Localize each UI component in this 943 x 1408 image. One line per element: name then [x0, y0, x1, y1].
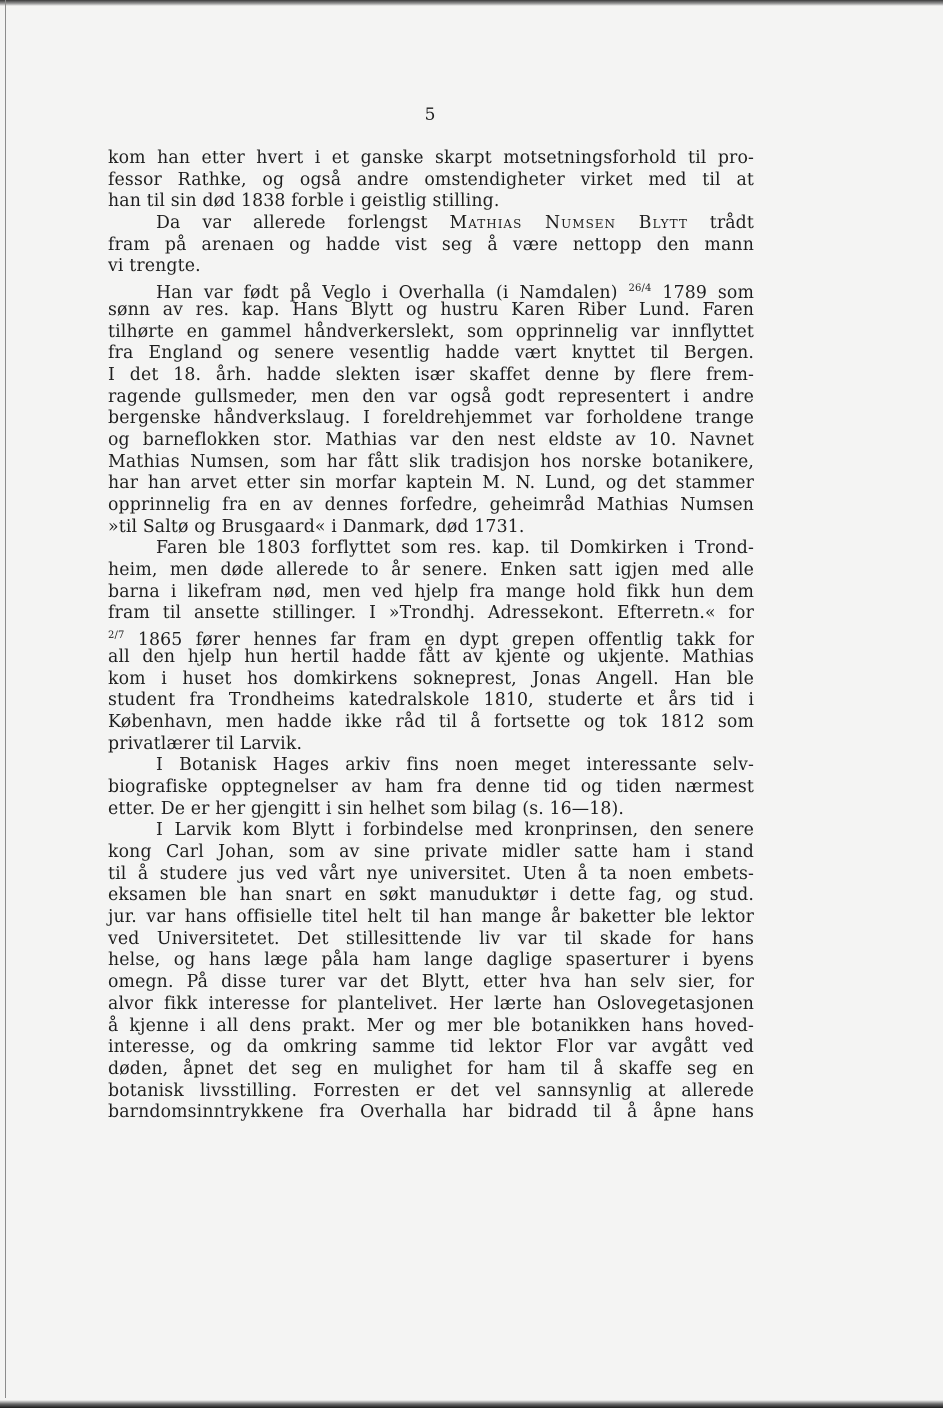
- text-line: heim, men døde allerede to år senere. En…: [108, 560, 754, 582]
- text-line: student fra Trondheims katedralskole 181…: [108, 690, 754, 712]
- text-line: Mathias Numsen, som har fått slik tradis…: [108, 452, 754, 474]
- paragraph: Da var allerede forlengst Mathias Numsen…: [108, 213, 754, 278]
- text-line: fessor Rathke, og også andre omstendighe…: [108, 170, 754, 192]
- text-line: kom han etter hvert i et ganske skarpt m…: [108, 148, 754, 170]
- text-line: til å studere jus ved vårt nye universit…: [108, 864, 754, 886]
- text-line: sønn av res. kap. Hans Blytt og hustru K…: [108, 300, 754, 322]
- text-line: fram til ansette stillinger. I »Trondhj.…: [108, 603, 754, 625]
- text-line: privatlærer til Larvik.: [108, 734, 754, 756]
- text-line: å kjenne i all dens prakt. Mer og mer bl…: [108, 1016, 754, 1038]
- paragraph: I Botanisk Hages arkiv fins noen meget i…: [108, 755, 754, 820]
- body-text: kom han etter hvert i et ganske skarpt m…: [108, 148, 754, 1124]
- text-line: Faren ble 1803 forflyttet som res. kap. …: [108, 538, 754, 560]
- text-line: tilhørte en gammel håndverkerslekt, som …: [108, 322, 754, 344]
- paragraph: Faren ble 1803 forflyttet som res. kap. …: [108, 538, 754, 755]
- page-edge-bottom: [0, 1400, 943, 1408]
- text-line: ragende gullsmeder, men den var også god…: [108, 387, 754, 409]
- text-line: ved Universitetet. Det stillesittende li…: [108, 929, 754, 951]
- text-line: har han arvet etter sin morfar kaptein M…: [108, 473, 754, 495]
- text-line: Han var født på Veglo i Overhalla (i Nam…: [108, 278, 754, 300]
- text-line: 2/7 1865 fører hennes far fram en dypt g…: [108, 625, 754, 647]
- text-line: jur. var hans offisielle titel helt til …: [108, 907, 754, 929]
- text-line: han til sin død 1838 forble i geistlig s…: [108, 191, 754, 213]
- text-line: eksamen ble han snart en søkt manuduktør…: [108, 885, 754, 907]
- text-line: bergenske håndverkslaug. I foreldrehjemm…: [108, 408, 754, 430]
- text-line: barna i likefram nød, men ved hjelp fra …: [108, 582, 754, 604]
- text-line: I Botanisk Hages arkiv fins noen meget i…: [108, 755, 754, 777]
- text-line: all den hjelp hun hertil hadde fått av k…: [108, 647, 754, 669]
- text-line: døden, åpnet det seg en mulighet for ham…: [108, 1059, 754, 1081]
- page-edge-top: [0, 0, 943, 6]
- text-line: opprinnelig fra en av dennes forfedre, g…: [108, 495, 754, 517]
- text-line: omegn. På disse turer var det Blytt, ett…: [108, 972, 754, 994]
- page-number: 5: [0, 105, 860, 125]
- text-line: Da var allerede forlengst Mathias Numsen…: [108, 213, 754, 235]
- text-line: alvor fikk interesse for plantelivet. He…: [108, 994, 754, 1016]
- text-line: kong Carl Johan, som av sine private mid…: [108, 842, 754, 864]
- text-line: vi trengte.: [108, 256, 754, 278]
- text-line: barndomsinntrykkene fra Overhalla har bi…: [108, 1102, 754, 1124]
- text-line: og barneflokken stor. Mathias var den ne…: [108, 430, 754, 452]
- text-line: fra England og senere vesentlig hadde væ…: [108, 343, 754, 365]
- paragraph: Han var født på Veglo i Overhalla (i Nam…: [108, 278, 754, 538]
- paragraph: kom han etter hvert i et ganske skarpt m…: [108, 148, 754, 213]
- text-line: fram på arenaen og hadde vist seg å være…: [108, 235, 754, 257]
- text-line: I Larvik kom Blytt i forbindelse med kro…: [108, 820, 754, 842]
- text-line: »til Saltø og Brusgaard« i Danmark, død …: [108, 517, 754, 539]
- text-line: helse, og hans læge påla ham lange dagli…: [108, 950, 754, 972]
- text-line: I det 18. årh. hadde slekten især skaffe…: [108, 365, 754, 387]
- text-line: interesse, og da omkring samme tid lekto…: [108, 1037, 754, 1059]
- text-line: København, men hadde ikke råd til å fort…: [108, 712, 754, 734]
- page-edge-left: [5, 0, 6, 1398]
- text-line: etter. De er her gjengitt i sin helhet s…: [108, 799, 754, 821]
- text-line: biografiske opptegnelser av ham fra denn…: [108, 777, 754, 799]
- paragraph: I Larvik kom Blytt i forbindelse med kro…: [108, 820, 754, 1124]
- text-line: botanisk livsstilling. Forresten er det …: [108, 1081, 754, 1103]
- text-line: kom i huset hos domkirkens sokneprest, J…: [108, 669, 754, 691]
